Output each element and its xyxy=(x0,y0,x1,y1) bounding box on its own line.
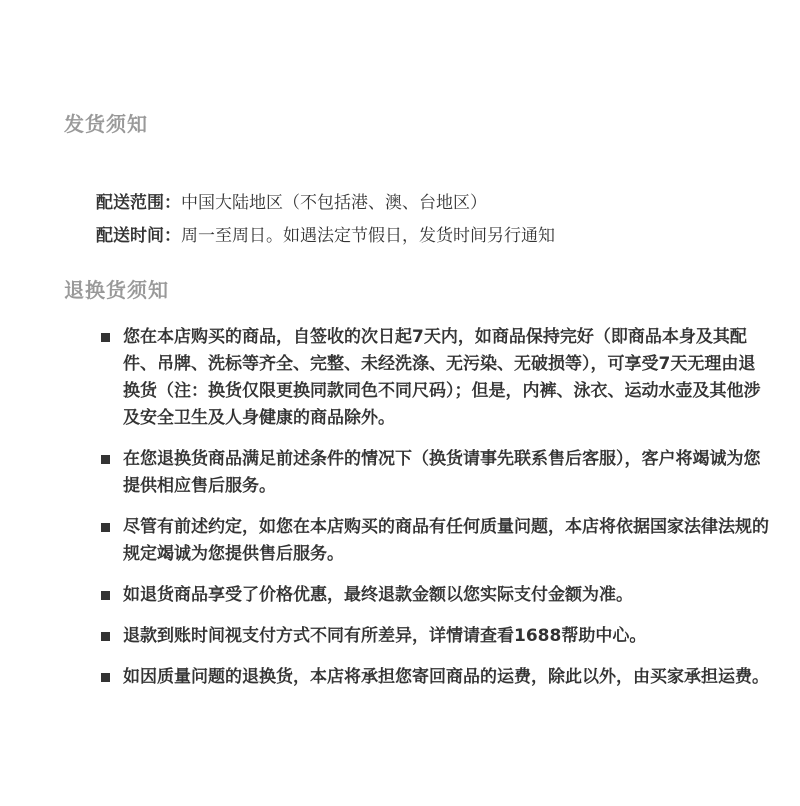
return-policy-item: 尽管有前述约定，如您在本店购买的商品有任何质量问题，本店将依据国家法律法规的规定… xyxy=(101,514,800,568)
bullet-square-icon xyxy=(101,632,110,641)
delivery-scope-text: 中国大陆地区（不包括港、澳、台地区） xyxy=(181,193,487,213)
return-policy-item: 您在本店购买的商品，自签收的次日起7天内，如商品保持完好（即商品本身及其配件、吊… xyxy=(101,324,800,432)
shipping-notice-title: 发货须知 xyxy=(64,113,800,135)
return-policy-text: 退款到账时间视支付方式不同有所差异，详情请查看1688帮助中心。 xyxy=(123,623,771,650)
bullet-square-icon xyxy=(101,591,110,600)
return-policy-item: 如因质量问题的退换货，本店将承担您寄回商品的运费，除此以外，由买家承担运费。 xyxy=(101,664,800,691)
delivery-time-row: 配送时间：周一至周日。如遇法定节假日，发货时间另行通知 xyxy=(96,220,800,253)
return-policy-text: 如因质量问题的退换货，本店将承担您寄回商品的运费，除此以外，由买家承担运费。 xyxy=(123,664,771,691)
returns-policy-list: 您在本店购买的商品，自签收的次日起7天内，如商品保持完好（即商品本身及其配件、吊… xyxy=(101,324,800,691)
delivery-scope-label: 配送范围： xyxy=(96,193,181,213)
delivery-scope-row: 配送范围：中国大陆地区（不包括港、澳、台地区） xyxy=(96,187,800,220)
policy-page: 发货须知 配送范围：中国大陆地区（不包括港、澳、台地区） 配送时间：周一至周日。… xyxy=(0,0,800,806)
return-policy-item: 退款到账时间视支付方式不同有所差异，详情请查看1688帮助中心。 xyxy=(101,623,800,650)
return-policy-item: 如退货商品享受了价格优惠，最终退款金额以您实际支付金额为准。 xyxy=(101,582,800,609)
delivery-time-text: 周一至周日。如遇法定节假日，发货时间另行通知 xyxy=(181,226,555,246)
bullet-square-icon xyxy=(101,455,110,464)
return-policy-text: 如退货商品享受了价格优惠，最终退款金额以您实际支付金额为准。 xyxy=(123,582,771,609)
bullet-square-icon xyxy=(101,523,110,532)
return-policy-text: 尽管有前述约定，如您在本店购买的商品有任何质量问题，本店将依据国家法律法规的规定… xyxy=(123,514,771,568)
shipping-details: 配送范围：中国大陆地区（不包括港、澳、台地区） 配送时间：周一至周日。如遇法定节… xyxy=(96,187,800,253)
return-policy-text: 您在本店购买的商品，自签收的次日起7天内，如商品保持完好（即商品本身及其配件、吊… xyxy=(123,324,771,432)
bullet-square-icon xyxy=(101,333,110,342)
returns-notice-title: 退换货须知 xyxy=(64,279,800,301)
return-policy-item: 在您退换货商品满足前述条件的情况下（换货请事先联系售后客服），客户将竭诚为您提供… xyxy=(101,446,800,500)
return-policy-text: 在您退换货商品满足前述条件的情况下（换货请事先联系售后客服），客户将竭诚为您提供… xyxy=(123,446,771,500)
delivery-time-label: 配送时间： xyxy=(96,226,181,246)
bullet-square-icon xyxy=(101,673,110,682)
